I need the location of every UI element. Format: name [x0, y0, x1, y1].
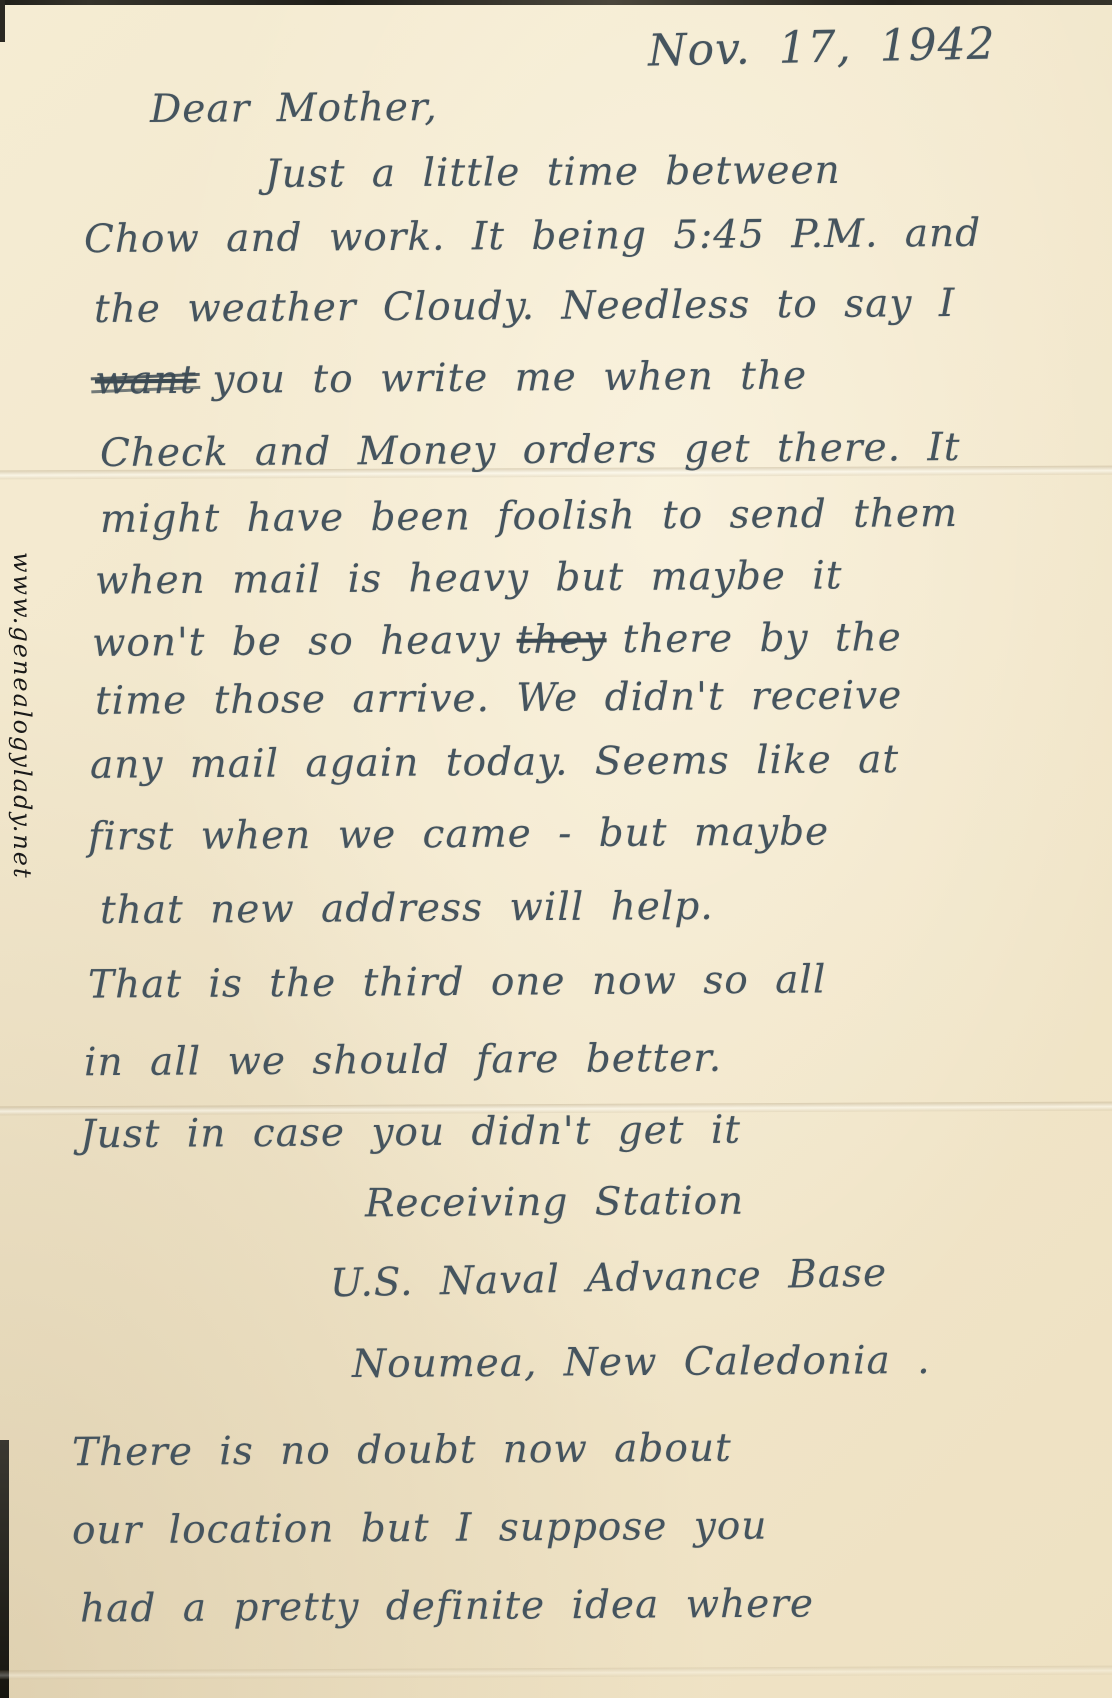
- address-line: Receiving Station: [365, 1179, 745, 1227]
- letter-line: Just in case you didn't get it: [80, 1108, 741, 1158]
- letter-line: Just a little time between: [265, 148, 841, 197]
- letter-line: might have been foolish to send them: [100, 491, 958, 542]
- letter-line: when mail is heavy but maybe it: [95, 553, 843, 603]
- letter-line: Check and Money orders get there. It: [100, 425, 961, 476]
- letter-line: the weather Cloudy. Needless to say I: [94, 281, 956, 332]
- scan-edge-top: [0, 0, 1112, 5]
- scanned-letter-page: www.genealogylady.net Nov. 17, 1942 Dear…: [0, 0, 1112, 1698]
- watermark-text: www.genealogylady.net: [8, 552, 36, 892]
- letter-line: That is the third one now so all: [88, 957, 827, 1007]
- letter-line: any mail again today. Seems like at: [90, 737, 899, 788]
- line-text: won't be so heavy: [92, 618, 501, 666]
- address-line: Noumea, New Caledonia .: [352, 1338, 931, 1387]
- struck-word: they: [516, 617, 606, 663]
- letter-line: had a pretty definite idea where: [80, 1581, 814, 1631]
- line-text: there by the: [622, 615, 902, 662]
- address-line: U.S. Naval Advance Base: [330, 1251, 888, 1307]
- letter-line: our location but I suppose you: [72, 1504, 768, 1554]
- letter-salutation: Dear Mother,: [150, 85, 438, 132]
- letter-line: in all we should fare better.: [84, 1036, 722, 1085]
- letter-line: first when we came - but maybe: [88, 809, 829, 859]
- struck-word: want: [95, 358, 197, 404]
- line-text: you to write me when the: [212, 354, 807, 403]
- scan-edge-left-bottom: [0, 1440, 9, 1698]
- letter-line: that new address will help.: [100, 884, 714, 933]
- letter-line: time those arrive. We didn't receive: [95, 673, 903, 724]
- letter-line: wantyou to write me when the: [95, 354, 807, 404]
- letter-date: Nov. 17, 1942: [648, 18, 997, 76]
- letter-line: Chow and work. It being 5:45 P.M. and: [84, 211, 981, 262]
- letter-line: won't be so heavytheythere by the: [92, 615, 902, 666]
- fold-crease: [0, 1666, 1112, 1680]
- letter-line: There is no doubt now about: [72, 1426, 732, 1476]
- scan-edge-left-top: [0, 0, 5, 42]
